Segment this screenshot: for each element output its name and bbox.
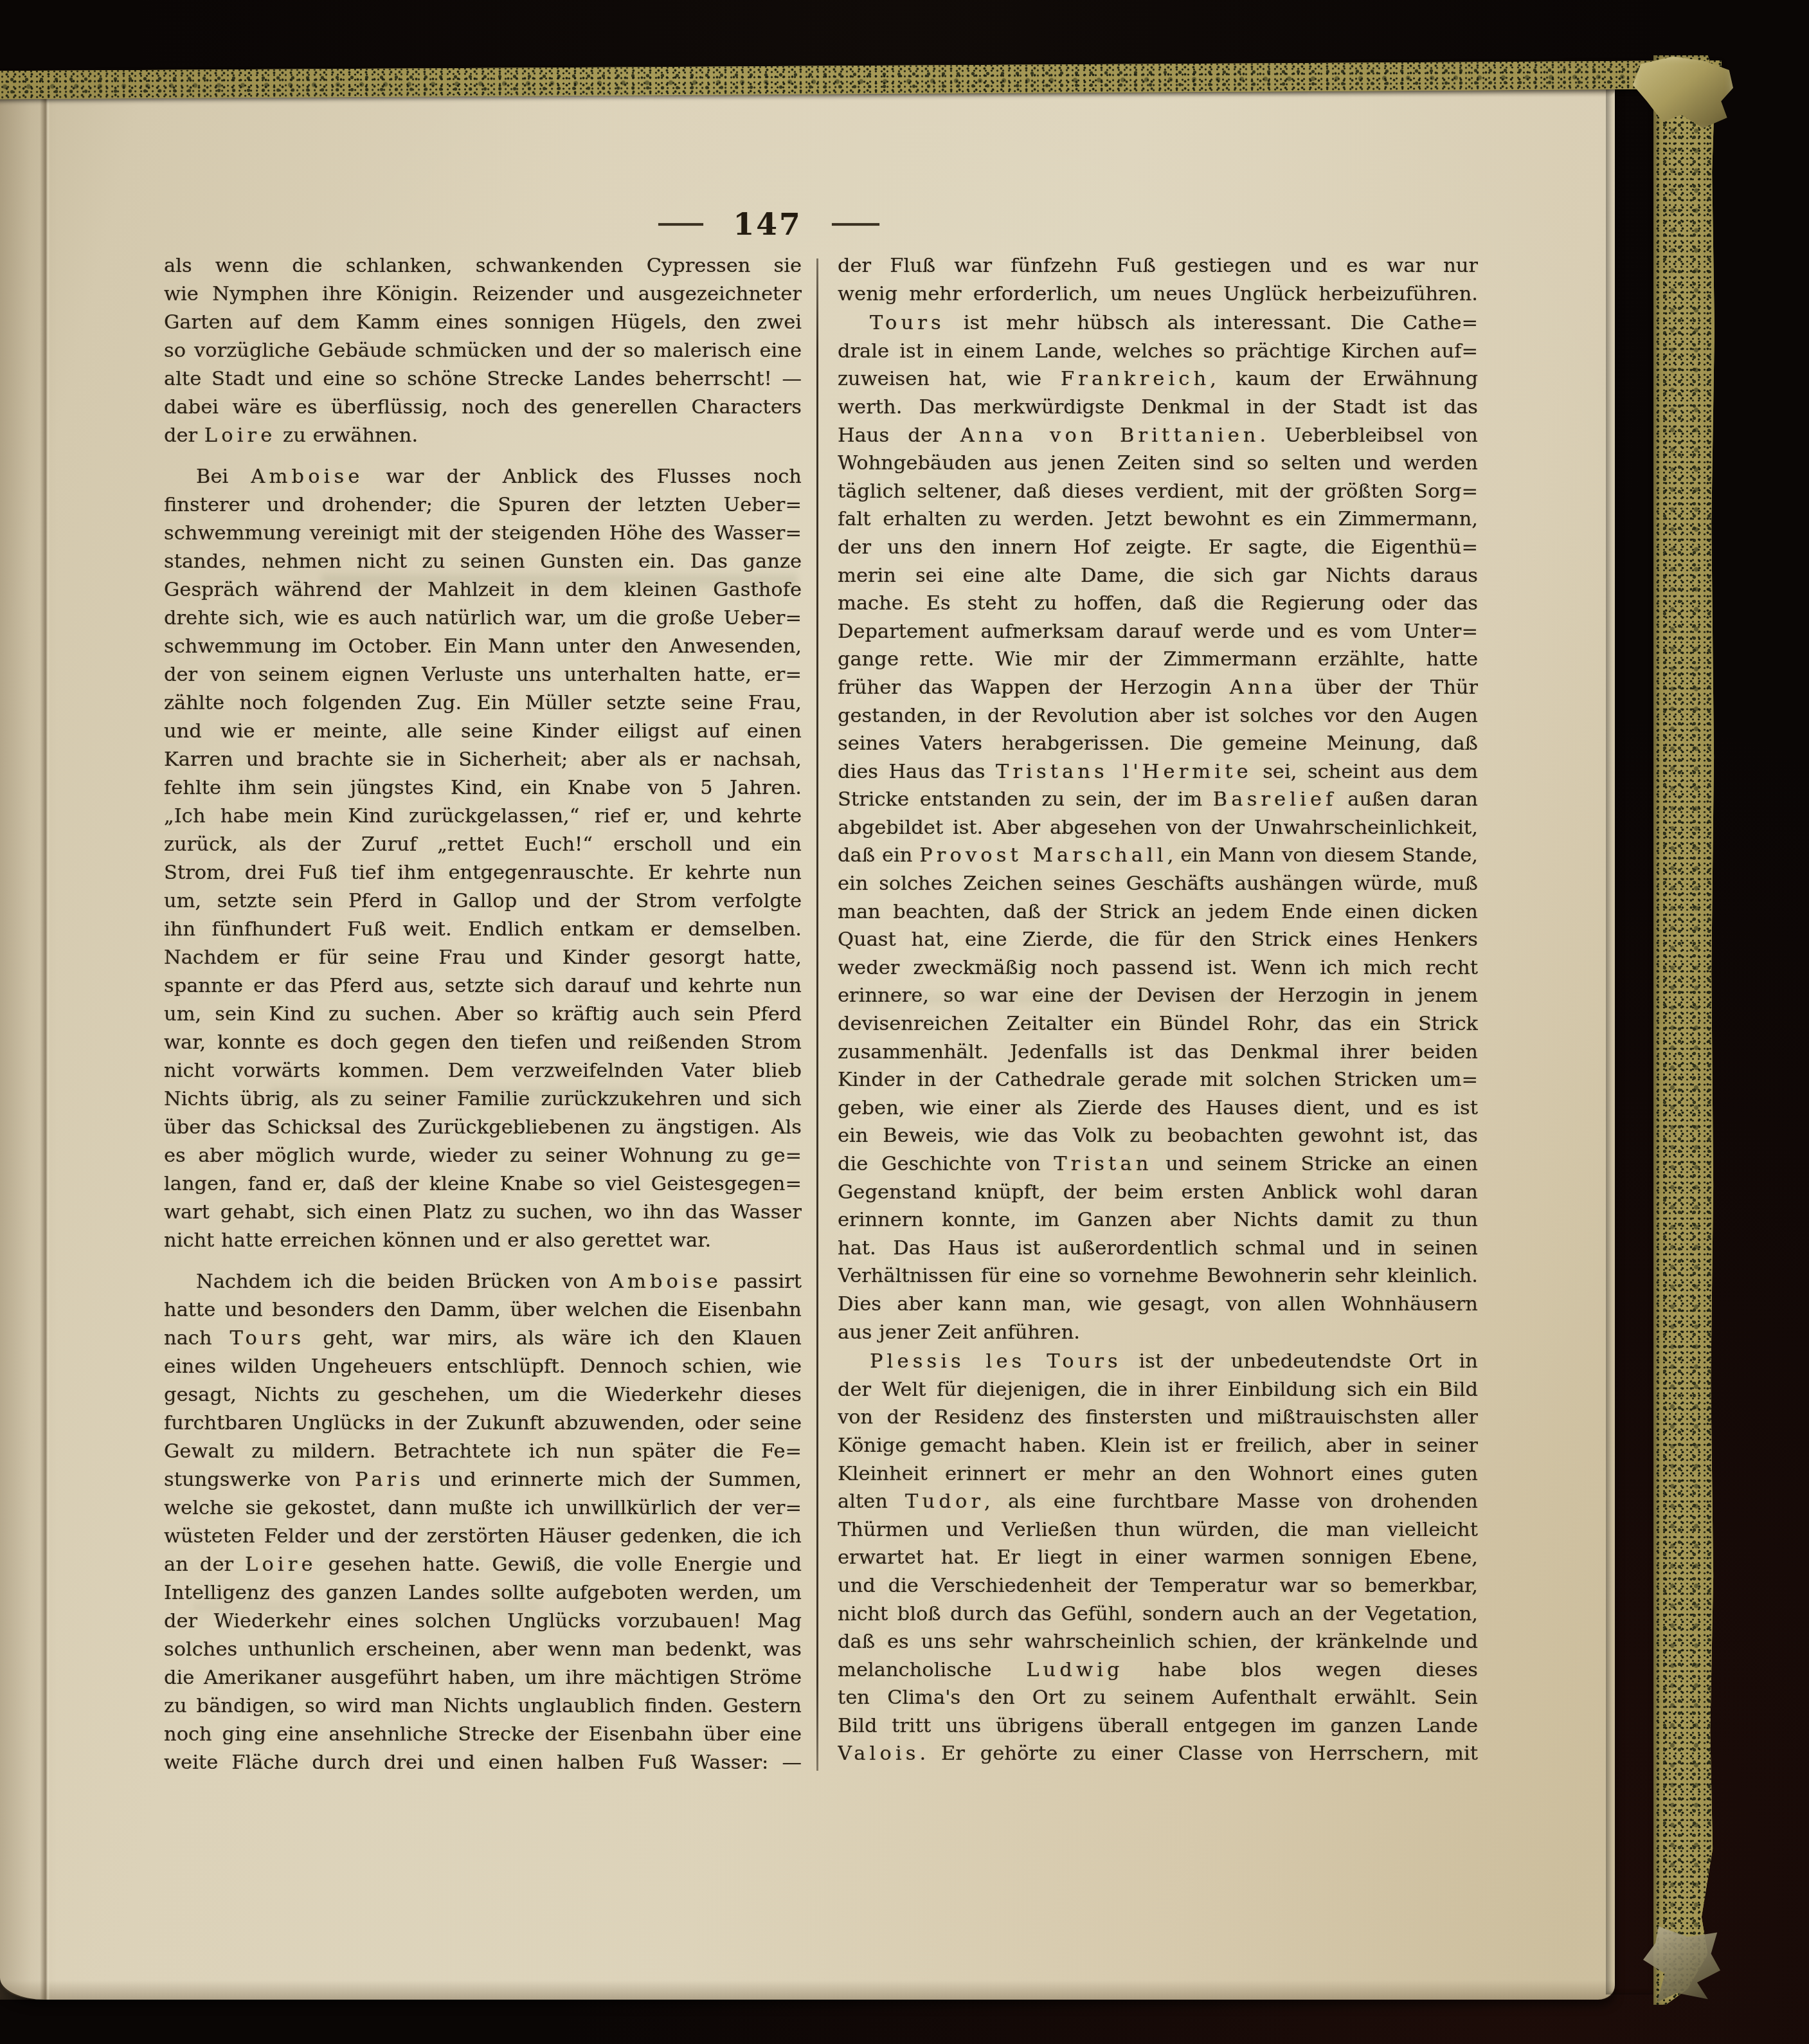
text-line: die Geschichte von Tristan und seinem St… — [838, 1150, 1478, 1179]
text-line: Intelligenz des ganzen Landes sollte auf… — [164, 1579, 802, 1607]
text-line: nicht vorwärts kommen. Dem verzweifelnde… — [164, 1057, 802, 1085]
text-line: „Ich habe mein Kind zurückgelassen,“ rie… — [164, 802, 802, 831]
text-line: man beachten, daß der Strick an jedem En… — [838, 898, 1478, 927]
text-line: werth. Das merkwürdigste Denkmal in der … — [838, 393, 1478, 422]
text-line: noch ging eine ansehnliche Strecke der E… — [164, 1721, 802, 1749]
text-line: gesagt, Nichts zu geschehen, um die Wied… — [164, 1381, 802, 1409]
text-line: dies Haus das Tristans l'Hermite sei, sc… — [838, 758, 1478, 786]
text-line: Nichts übrig, als zu seiner Familie zurü… — [164, 1085, 802, 1114]
paragraph: Bei Amboise war der Anblick des Flusses … — [164, 463, 802, 1255]
text-line: zuweisen hat, wie Frankreich, kaum der E… — [838, 365, 1478, 393]
letterspaced-word: Valois — [838, 1742, 920, 1765]
text-line: gange rette. Wie mir der Zimmermann erzä… — [838, 646, 1478, 674]
letterspaced-word: Anna von Brittanien — [960, 424, 1260, 447]
letterspaced-word: Loire — [204, 424, 276, 447]
text-line: Wohngebäuden aus jenen Zeiten sind so se… — [838, 449, 1478, 478]
text-line: Strom, drei Fuß tief ihm entgegenrauscht… — [164, 859, 802, 887]
text-line: seines Vaters herabgerissen. Die gemeine… — [838, 730, 1478, 758]
text-line: devisenreichen Zeitalter ein Bündel Rohr… — [838, 1010, 1478, 1038]
paragraph: der Fluß war fünfzehn Fuß gestiegen und … — [838, 252, 1478, 308]
text-line: zählte noch folgenden Zug. Ein Müller se… — [164, 689, 802, 718]
letterspaced-word: Tours — [870, 312, 945, 334]
letterspaced-word: Anna — [1230, 676, 1297, 699]
text-line: dabei wäre es überflüssig, noch des gene… — [164, 393, 802, 422]
text-line: der Fluß war fünfzehn Fuß gestiegen und … — [838, 252, 1478, 280]
text-line: Bild tritt uns übrigens überall entgegen… — [838, 1712, 1478, 1741]
letterspaced-word: Basrelief — [1213, 788, 1337, 811]
text-line: wie Nymphen ihre Königin. Reizender und … — [164, 280, 802, 309]
text-line: furchtbaren Unglücks in der Zukunft abzu… — [164, 1409, 802, 1438]
text-line: Kinder in der Cathedrale gerade mit solc… — [838, 1066, 1478, 1094]
text-line: mache. Es steht zu hoffen, daß die Regie… — [838, 590, 1478, 618]
text-line: Gespräch während der Mahlzeit in dem kle… — [164, 576, 802, 604]
text-line: ein solches Zeichen seines Geschäfts aus… — [838, 870, 1478, 898]
text-line: Haus der Anna von Brittanien. Ueberbleib… — [838, 422, 1478, 450]
text-line: Nachdem er für seine Frau und Kinder ges… — [164, 944, 802, 972]
left-text-column: als wenn die schlanken, schwankenden Cyp… — [164, 252, 802, 1777]
text-line: zusammenhält. Jedenfalls ist das Denkmal… — [838, 1038, 1478, 1067]
letterspaced-word: Tudor — [905, 1490, 984, 1513]
text-line: hat. Das Haus ist außerordentlich schmal… — [838, 1235, 1478, 1263]
text-line: die Amerikaner ausgeführt haben, um ihre… — [164, 1664, 802, 1692]
text-line: der Loire zu erwähnen. — [164, 422, 802, 450]
right-text-column: der Fluß war fünfzehn Fuß gestiegen und … — [838, 252, 1478, 1768]
paragraph: Plessis les Tours ist der unbedeutendste… — [838, 1348, 1478, 1768]
text-line: zurück, als der Zuruf „rettet Euch!“ ers… — [164, 831, 802, 859]
text-line: Quast hat, eine Zierde, die für den Stri… — [838, 926, 1478, 954]
text-line: geben, wie einer als Zierde des Hauses d… — [838, 1094, 1478, 1123]
letterspaced-word: Frankreich — [1061, 368, 1210, 390]
letterspaced-word: Amboise — [609, 1271, 722, 1293]
letterspaced-word: Plessis les Tours — [870, 1350, 1122, 1373]
text-line: Verhältnissen für eine so vornehme Bewoh… — [838, 1262, 1478, 1290]
letterspaced-word: Tristans l'Hermite — [996, 761, 1252, 783]
text-line: gestanden, in der Revolution aber ist so… — [838, 702, 1478, 730]
page-header: 147 — [658, 206, 879, 243]
text-line: Departement aufmerksam darauf werde und … — [838, 618, 1478, 646]
column-divider-rule — [816, 258, 818, 1771]
page-text-layer: 147 als wenn die schlanken, schwankenden… — [0, 0, 1809, 2044]
text-line: Kleinheit erinnert er mehr an den Wohnor… — [838, 1460, 1478, 1488]
text-line: Karren und brachte sie in Sicherheit; ab… — [164, 746, 802, 774]
text-line: abgebildet ist. Aber abgesehen von der U… — [838, 814, 1478, 842]
text-line: wart gehabt, sich einen Platz zu suchen,… — [164, 1198, 802, 1227]
letterspaced-word: Provost Marschall — [919, 844, 1167, 867]
text-line: Thürmen und Verließen thun würden, die m… — [838, 1516, 1478, 1544]
text-line: wüsteten Felder und der zerstörten Häuse… — [164, 1523, 802, 1551]
text-line: langen, fand er, daß der kleine Knabe so… — [164, 1170, 802, 1198]
text-line: und die Verschiedenheit der Temperatur w… — [838, 1572, 1478, 1600]
text-line: eines wilden Ungeheuers entschlüpft. Den… — [164, 1353, 802, 1381]
text-line: Könige gemacht haben. Klein ist er freil… — [838, 1432, 1478, 1460]
text-line: um, setzte sein Pferd in Gallop und der … — [164, 887, 802, 916]
text-line: Tours ist mehr hübsch als interessant. D… — [838, 309, 1478, 338]
header-rule-right — [832, 223, 879, 226]
text-line: daß ein Provost Marschall, ein Mann von … — [838, 842, 1478, 870]
text-line: war, konnte es doch gegen den tiefen und… — [164, 1029, 802, 1057]
text-line: weite Fläche durch drei und einen halben… — [164, 1749, 802, 1777]
text-line: drehte sich, wie es auch natürlich war, … — [164, 604, 802, 633]
text-line: schwemmung vereinigt mit der steigenden … — [164, 520, 802, 548]
text-line: daß es uns sehr wahrscheinlich schien, d… — [838, 1628, 1478, 1656]
text-line: es aber möglich wurde, wieder zu seiner … — [164, 1142, 802, 1170]
text-line: und wie er meinte, alle seine Kinder eil… — [164, 718, 802, 746]
text-line: aus jener Zeit anführen. — [838, 1319, 1478, 1347]
letterspaced-word: Loire — [245, 1553, 317, 1576]
text-line: hatte und besonders den Damm, über welch… — [164, 1296, 802, 1325]
text-line: als wenn die schlanken, schwankenden Cyp… — [164, 252, 802, 280]
page-number: 147 — [733, 207, 802, 242]
text-line: solches unthunlich erscheinen, aber wenn… — [164, 1636, 802, 1664]
letterspaced-word: Paris — [355, 1469, 424, 1491]
letterspaced-word: Amboise — [251, 466, 363, 488]
text-line: melancholische Ludwig habe blos wegen di… — [838, 1656, 1478, 1685]
paragraph: Tours ist mehr hübsch als interessant. D… — [838, 309, 1478, 1346]
text-line: ein Beweis, wie das Volk zu beobachten g… — [838, 1122, 1478, 1150]
text-line: Stricke entstanden zu sein, der im Basre… — [838, 786, 1478, 814]
text-line: stungswerke von Paris und erinnerte mich… — [164, 1466, 802, 1494]
text-line: der uns den innern Hof zeigte. Er sagte,… — [838, 534, 1478, 562]
text-line: nach Tours geht, war mirs, als wäre ich … — [164, 1325, 802, 1353]
text-line: Gewalt zu mildern. Betrachtete ich nun s… — [164, 1438, 802, 1466]
text-line: Dies aber kann man, wie gesagt, von alle… — [838, 1290, 1478, 1319]
text-line: alte Stadt und eine so schöne Strecke La… — [164, 365, 802, 393]
text-line: drale ist in einem Lande, welches so prä… — [838, 338, 1478, 366]
text-line: alten Tudor, als eine furchtbare Masse v… — [838, 1488, 1478, 1516]
text-line: Garten auf dem Kamm eines sonnigen Hügel… — [164, 309, 802, 337]
text-line: an der Loire gesehen hatte. Gewiß, die v… — [164, 1551, 802, 1579]
letterspaced-word: Ludwig — [1026, 1659, 1123, 1681]
header-rule-left — [658, 223, 703, 226]
text-line: der Welt für diejenigen, die in ihrer Ei… — [838, 1376, 1478, 1404]
text-line: Nachdem ich die beiden Brücken von Amboi… — [164, 1268, 802, 1296]
text-line: erinnern konnte, im Ganzen aber Nichts d… — [838, 1206, 1478, 1235]
text-line: schwemmung im October. Ein Mann unter de… — [164, 633, 802, 661]
text-line: der von seinem eignen Verluste uns unter… — [164, 661, 802, 689]
text-line: Gegenstand knüpft, der beim ersten Anbli… — [838, 1179, 1478, 1207]
text-line: erinnere, so war eine der Devisen der He… — [838, 982, 1478, 1010]
text-line: finsterer und drohender; die Spuren der … — [164, 491, 802, 520]
text-line: früher das Wappen der Herzogin Anna über… — [838, 674, 1478, 702]
text-line: standes, nehmen nicht zu seinen Gunsten … — [164, 548, 802, 576]
text-line: um, sein Kind zu suchen. Aber so kräftig… — [164, 1000, 802, 1029]
text-line: fehlte ihm sein jüngstes Kind, ein Knabe… — [164, 774, 802, 802]
text-line: nicht bloß durch das Gefühl, sondern auc… — [838, 1600, 1478, 1629]
text-line: Valois. Er gehörte zu einer Classe von H… — [838, 1740, 1478, 1768]
text-line: ten Clima's den Ort zu seinem Aufenthalt… — [838, 1684, 1478, 1712]
letterspaced-word: Tours — [1047, 1350, 1122, 1373]
text-line: falt erhalten zu werden. Jetzt bewohnt e… — [838, 505, 1478, 534]
text-line: der Wiederkehr eines solchen Unglücks vo… — [164, 1607, 802, 1636]
letterspaced-word: Tristan — [1054, 1153, 1152, 1175]
text-line: so vorzügliche Gebäude schmücken und der… — [164, 337, 802, 365]
text-line: spannte er das Pferd aus, setzte sich da… — [164, 972, 802, 1000]
text-line: erwartet hat. Er liegt in einer warmen s… — [838, 1544, 1478, 1572]
text-line: weder zweckmäßig noch passend ist. Wenn … — [838, 954, 1478, 982]
text-line: wenig mehr erforderlich, um neues Unglüc… — [838, 280, 1478, 309]
text-line: täglich seltener, daß dieses verdient, m… — [838, 478, 1478, 506]
text-line: ihn fünfhundert Fuß weit. Endlich entkam… — [164, 916, 802, 944]
text-line: welche sie gekostet, dann mußte ich unwi… — [164, 1494, 802, 1523]
text-line: nicht hatte erreichen können und er also… — [164, 1227, 802, 1255]
text-line: zu bändigen, so wird man Nichts unglaubl… — [164, 1692, 802, 1721]
text-line: merin sei eine alte Dame, die sich gar N… — [838, 562, 1478, 590]
paragraph: als wenn die schlanken, schwankenden Cyp… — [164, 252, 802, 450]
text-line: von der Residenz des finstersten und miß… — [838, 1404, 1478, 1432]
text-line: über das Schicksal des Zurückgebliebenen… — [164, 1114, 802, 1142]
text-line: Bei Amboise war der Anblick des Flusses … — [164, 463, 802, 491]
letterspaced-word: Anna — [960, 424, 1027, 447]
paragraph: Nachdem ich die beiden Brücken von Amboi… — [164, 1268, 802, 1777]
letterspaced-word: Tours — [230, 1327, 305, 1350]
text-line: Plessis les Tours ist der unbedeutendste… — [838, 1348, 1478, 1376]
